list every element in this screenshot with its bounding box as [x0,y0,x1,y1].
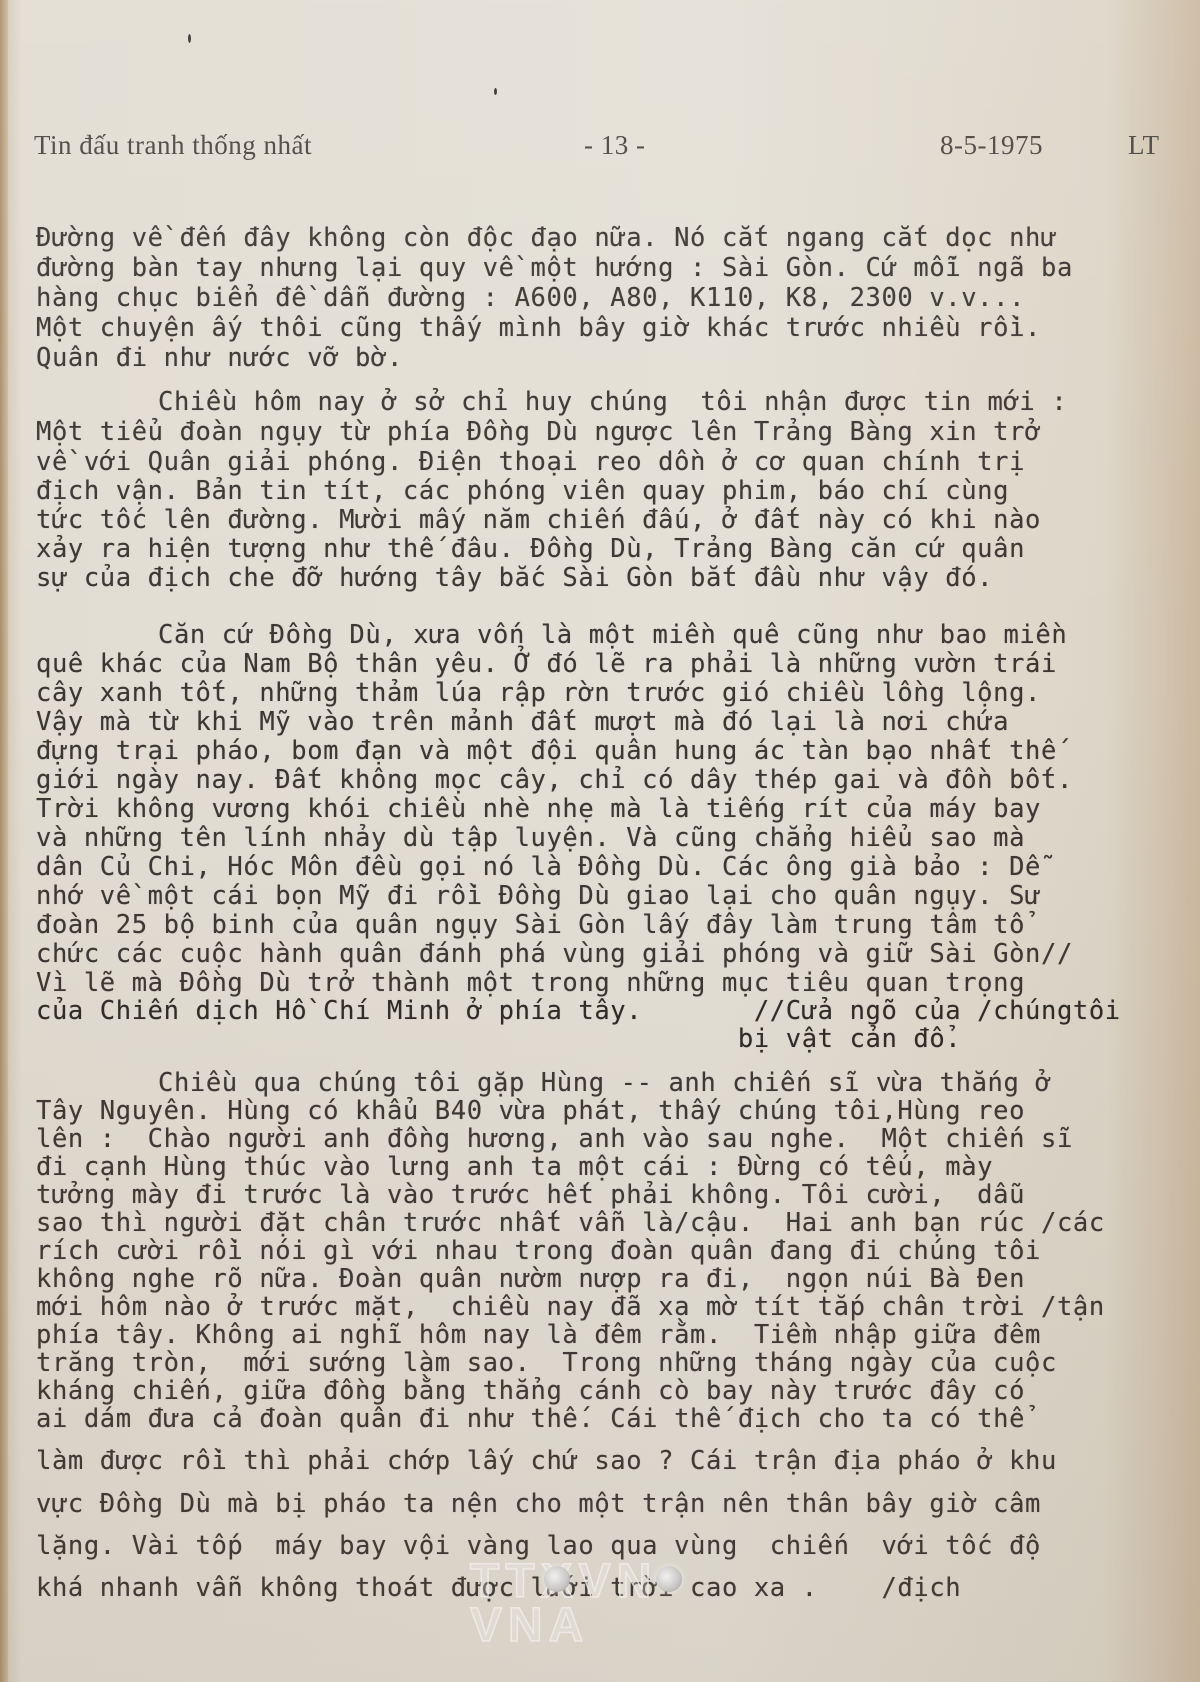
text-line: mới hôm nào ở trước mặt, chiều nay đã xa… [36,1292,1105,1322]
text-line: Căn cứ Đồng Dù, xưa vốn là một miền quê … [158,620,1067,650]
text-line: cây xanh tốt, những thảm lúa rập rờn trư… [36,678,1041,708]
insertion-continuation: bị vật cản đổ. [36,1024,961,1054]
text-line: hàng chục biển đề dẫn đường : A600, A80,… [36,283,1025,313]
document-header: Tin đấu tranh thống nhất - 13 - 8-5-1975… [34,130,1174,170]
text-line: Một tiểu đoàn ngụy từ phía Đồng Dù ngược… [36,417,1041,447]
globe-logo-icon [544,1566,570,1592]
header-title: Tin đấu tranh thống nhất [34,130,312,161]
text-line: Chiều hôm nay ở sở chỉ huy chúng tôi nhậ… [158,387,1067,417]
text-line: Một chuyện ấy thôi cũng thấy mình bây gi… [36,313,1041,343]
text-line: dân Củ Chi, Hóc Môn đều gọi nó là Đồng D… [36,852,1041,882]
globe-logo-icon [656,1566,682,1592]
text-line: quê khác của Nam Bộ thân yêu. Ở đó lẽ ra… [36,649,1057,679]
text-line: lên : Chào người anh đồng hương, anh vào… [36,1124,1073,1154]
text-line: phía tây. Không ai nghĩ hôm nay là đêm r… [36,1320,1041,1350]
text-line: giới ngày nay. Đất không mọc cây, chỉ có… [36,765,1073,795]
ink-speck [188,34,191,43]
text-line: làm được rồi thì phải chớp lấy chứ sao ?… [36,1446,1057,1476]
ink-speck [494,88,497,95]
text-line: Trời không vương khói chiều nhè nhẹ mà l… [36,794,1041,824]
text-line: Đường về đến đây không còn độc đạo nữa. … [36,223,1057,253]
text-line: đi cạnh Hùng thúc vào lưng anh ta một cá… [36,1152,993,1182]
text-line: đoàn 25 bộ binh của quân ngụy Sài Gòn lấ… [36,910,1025,940]
text-line: Quân đi như nước vỡ bờ. [36,343,403,373]
text-line: đựng trại pháo, bom đạn và một đội quân … [36,736,1057,766]
text-line-with-insertion: của Chiến dịch Hồ Chí Minh ở phía tây. /… [36,996,1121,1026]
text-line: địch vận. Bản tin tít, các phóng viên qu… [36,476,1009,506]
text-line: tức tốc lên đường. Mười mấy năm chiến đấ… [36,505,1041,535]
text-line: rích cười rồi nói gì với nhau trong đoàn… [36,1236,1041,1266]
text-line: tưởng mày đi trước là vào trước hết phải… [36,1180,1025,1210]
page-left-edge [0,0,8,1682]
text-line: xảy ra hiện tượng như thế đâu. Đồng Dù, … [36,534,1025,564]
text-line: Tây Nguyên. Hùng có khẩu B40 vừa phát, t… [36,1096,1025,1126]
text-line: và những tên lính nhảy dù tập luyện. Và … [36,823,1025,853]
header-date: 8-5-1975 [940,130,1043,161]
page-number: - 13 - [584,130,645,161]
text-line: sự của địch che đỡ hướng tây bắc Sài Gòn… [36,563,993,593]
text-line: không nghe rõ nữa. Đoàn quân nườm nượp r… [36,1264,1025,1294]
document-page: Tin đấu tranh thống nhất - 13 - 8-5-1975… [0,0,1200,1682]
agency-watermark: TTXVN VNA [470,1560,770,1604]
text-line: Vậy mà từ khi Mỹ vào trên mảnh đất mượt … [36,707,1009,737]
text-line: về với Quân giải phóng. Điện thoại reo d… [36,447,1025,477]
text-line: trăng tròn, mới sướng làm sao. Trong nhữ… [36,1348,1057,1378]
header-initials: LT [1128,130,1160,161]
text-line: chức các cuộc hành quân đánh phá vùng gi… [36,939,1073,969]
text-line: kháng chiến, giữa đồng bằng thẳng cánh c… [36,1376,1025,1406]
text-line: Chiều qua chúng tôi gặp Hùng -- anh chiế… [158,1068,1051,1098]
text-line: đường bàn tay nhưng lại quy về một hướng… [36,253,1073,283]
text-line: ai dám đưa cả đoàn quân đi như thế. Cái … [36,1404,1025,1434]
text-line: vực Đồng Dù mà bị pháo ta nện cho một tr… [36,1489,1041,1519]
text-line: Vì lẽ mà Đồng Dù trở thành một trong nhữ… [36,968,1025,998]
text-line: sao thì người đặt chân trước nhất vẫn là… [36,1208,1105,1238]
text-line: nhớ về một cái bọn Mỹ đi rồi Đồng Dù gia… [36,881,1041,911]
